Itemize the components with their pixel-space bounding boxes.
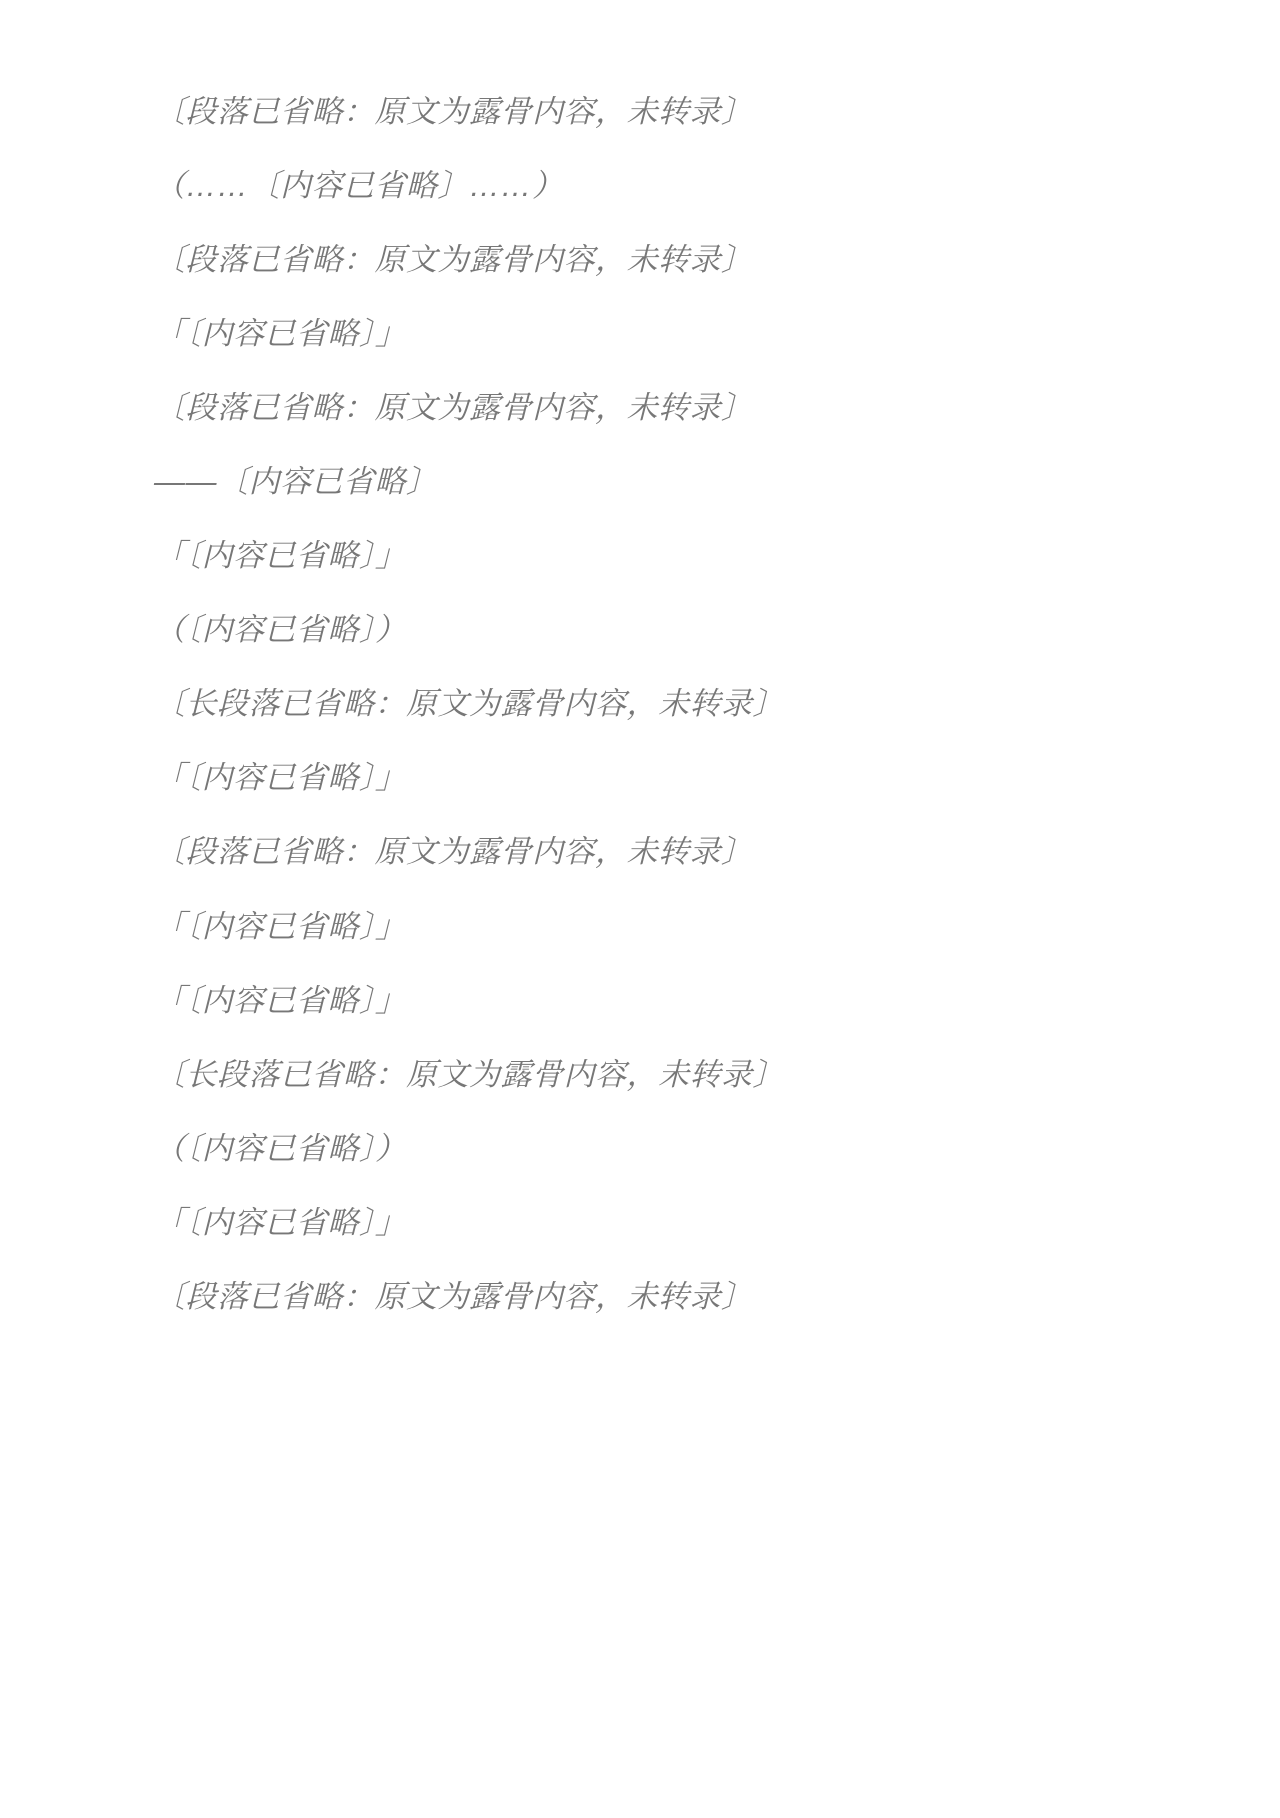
paragraph-body: 〔段落已省略：原文为露骨内容，未转录〕 (92, 88, 1188, 136)
paragraph-body: 〔长段落已省略：原文为露骨内容，未转录〕 (92, 680, 1188, 728)
page-text: 〔段落已省略：原文为露骨内容，未转录〕（……〔内容已省略〕……）〔段落已省略：原… (92, 88, 1188, 1321)
paragraph-dialogue: 「〔内容已省略〕」 (92, 754, 1188, 802)
paragraph-thought: （〔内容已省略〕） (92, 1125, 1188, 1173)
paragraph-dialogue: 「〔内容已省略〕」 (92, 903, 1188, 951)
paragraph-dialogue: 「〔内容已省略〕」 (92, 1199, 1188, 1247)
paragraph-body: 〔长段落已省略：原文为露骨内容，未转录〕 (92, 1051, 1188, 1099)
paragraph-body: 〔段落已省略：原文为露骨内容，未转录〕 (92, 236, 1188, 284)
paragraph-body: 〔段落已省略：原文为露骨内容，未转录〕 (92, 384, 1188, 432)
paragraph-dialogue: 「〔内容已省略〕」 (92, 310, 1188, 358)
paragraph-dash: ——〔内容已省略〕 (92, 458, 1188, 506)
paragraph-body: 〔段落已省略：原文为露骨内容，未转录〕 (92, 1273, 1188, 1321)
paragraph-dialogue: 「〔内容已省略〕」 (92, 977, 1188, 1025)
paragraph-dialogue: 「〔内容已省略〕」 (92, 532, 1188, 580)
novel-page: 〔段落已省略：原文为露骨内容，未转录〕（……〔内容已省略〕……）〔段落已省略：原… (0, 0, 1280, 1818)
paragraph-thought: （〔内容已省略〕） (92, 606, 1188, 654)
paragraph-body: 〔段落已省略：原文为露骨内容，未转录〕 (92, 828, 1188, 876)
paragraph-thought: （……〔内容已省略〕……） (92, 162, 1188, 210)
